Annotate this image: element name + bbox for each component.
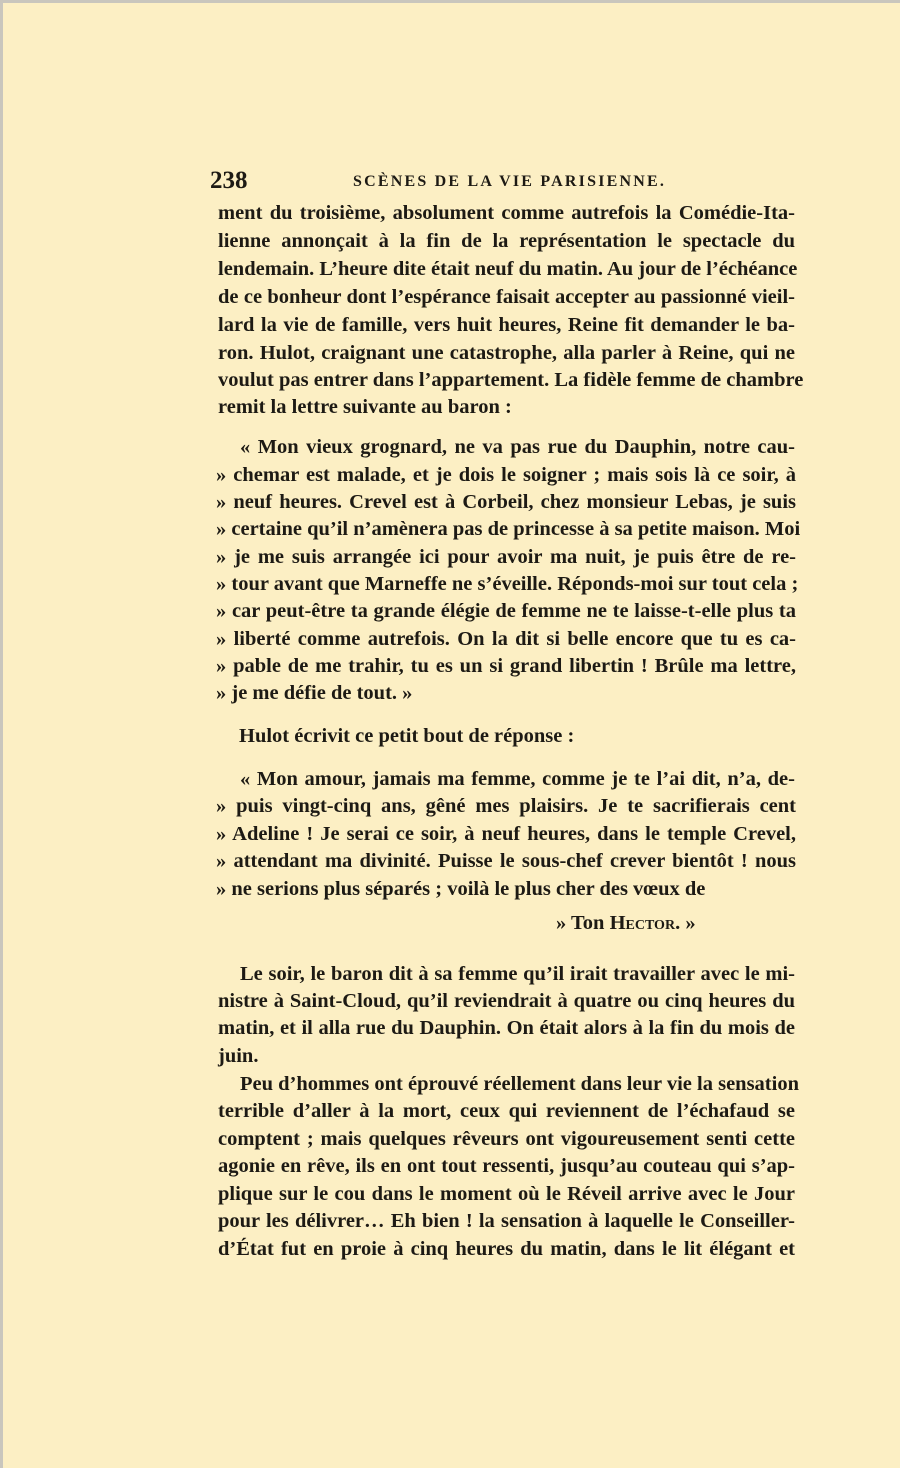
quote-line: » certaine qu’il n’amènera pas de prince… [216, 515, 796, 543]
text-line: pour les délivrer… Eh bien ! la sensatio… [218, 1207, 795, 1235]
page-number: 238 [210, 167, 248, 195]
book-page: 238 SCÈNES DE LA VIE PARISIENNE. ment du… [0, 0, 900, 1468]
paragraph-2: Hulot écrivit ce petit bout de réponse : [239, 722, 574, 750]
quote-line: » puis vingt-cinq ans, gêné mes plaisirs… [216, 792, 796, 820]
quote-line: » je me défie de tout. » [216, 679, 796, 707]
text-line: comptent ; mais quelques rêveurs ont vig… [218, 1125, 795, 1153]
quote-line: » chemar est malade, et je dois le soign… [216, 461, 796, 489]
text-line: voulut pas entrer dans l’appartement. La… [218, 366, 795, 394]
text-line: lendemain. L’heure dite était neuf du ma… [218, 255, 795, 283]
quote-line: » pable de me trahir, tu es un si grand … [216, 652, 796, 680]
quote-line: » je me suis arrangée ici pour avoir ma … [216, 543, 796, 571]
text-line: ron. Hulot, craignant une catastrophe, a… [218, 339, 795, 367]
page-header: 238 SCÈNES DE LA VIE PARISIENNE. [210, 167, 800, 197]
quote-line: » tour avant que Marneffe ne s’éveille. … [216, 570, 796, 598]
text-line: d’État fut en proie à cinq heures du mat… [218, 1235, 795, 1263]
letter-signature: » Ton Hector. » [556, 909, 696, 937]
signature-name: Hector [610, 912, 675, 934]
quote-line: « Mon amour, jamais ma femme, comme je t… [240, 765, 795, 793]
quote-line: » car peut-être ta grande élégie de femm… [216, 597, 796, 625]
text-line: lard la vie de famille, vers huit heures… [218, 311, 795, 339]
quote-line: » neuf heures. Crevel est à Corbeil, che… [216, 488, 796, 516]
text-line: Peu d’hommes ont éprouvé réellement dans… [240, 1070, 795, 1098]
signature-prefix: » Ton [556, 912, 610, 934]
quote-line: » ne serions plus séparés ; voilà le plu… [216, 875, 796, 903]
text-line: Le soir, le baron dit à sa femme qu’il i… [240, 960, 795, 988]
quote-line: » liberté comme autrefois. On la dit si … [216, 625, 796, 653]
running-head: SCÈNES DE LA VIE PARISIENNE. [353, 173, 666, 191]
quote-line: « Mon vieux grognard, ne va pas rue du D… [240, 433, 795, 461]
text-line: juin. [218, 1042, 795, 1070]
text-line: ment du troisième, absolument comme autr… [218, 199, 795, 227]
text-line: plique sur le cou dans le moment où le R… [218, 1180, 795, 1208]
signature-suffix: . » [675, 912, 696, 934]
text-line: agonie en rêve, ils en ont tout ressenti… [218, 1152, 795, 1180]
text-line: matin, et il alla rue du Dauphin. On éta… [218, 1014, 795, 1042]
text-line: terrible d’aller à la mort, ceux qui rev… [218, 1097, 795, 1125]
text-line: remit la lettre suivante au baron : [218, 393, 795, 421]
text-line: nistre à Saint-Cloud, qu’il reviendrait … [218, 987, 795, 1015]
text-line: de ce bonheur dont l’espérance faisait a… [218, 283, 795, 311]
quote-line: » Adeline ! Je serai ce soir, à neuf heu… [216, 820, 796, 848]
text-line: lienne annonçait à la fin de la représen… [218, 227, 795, 255]
quote-line: » attendant ma divinité. Puisse le sous-… [216, 847, 796, 875]
